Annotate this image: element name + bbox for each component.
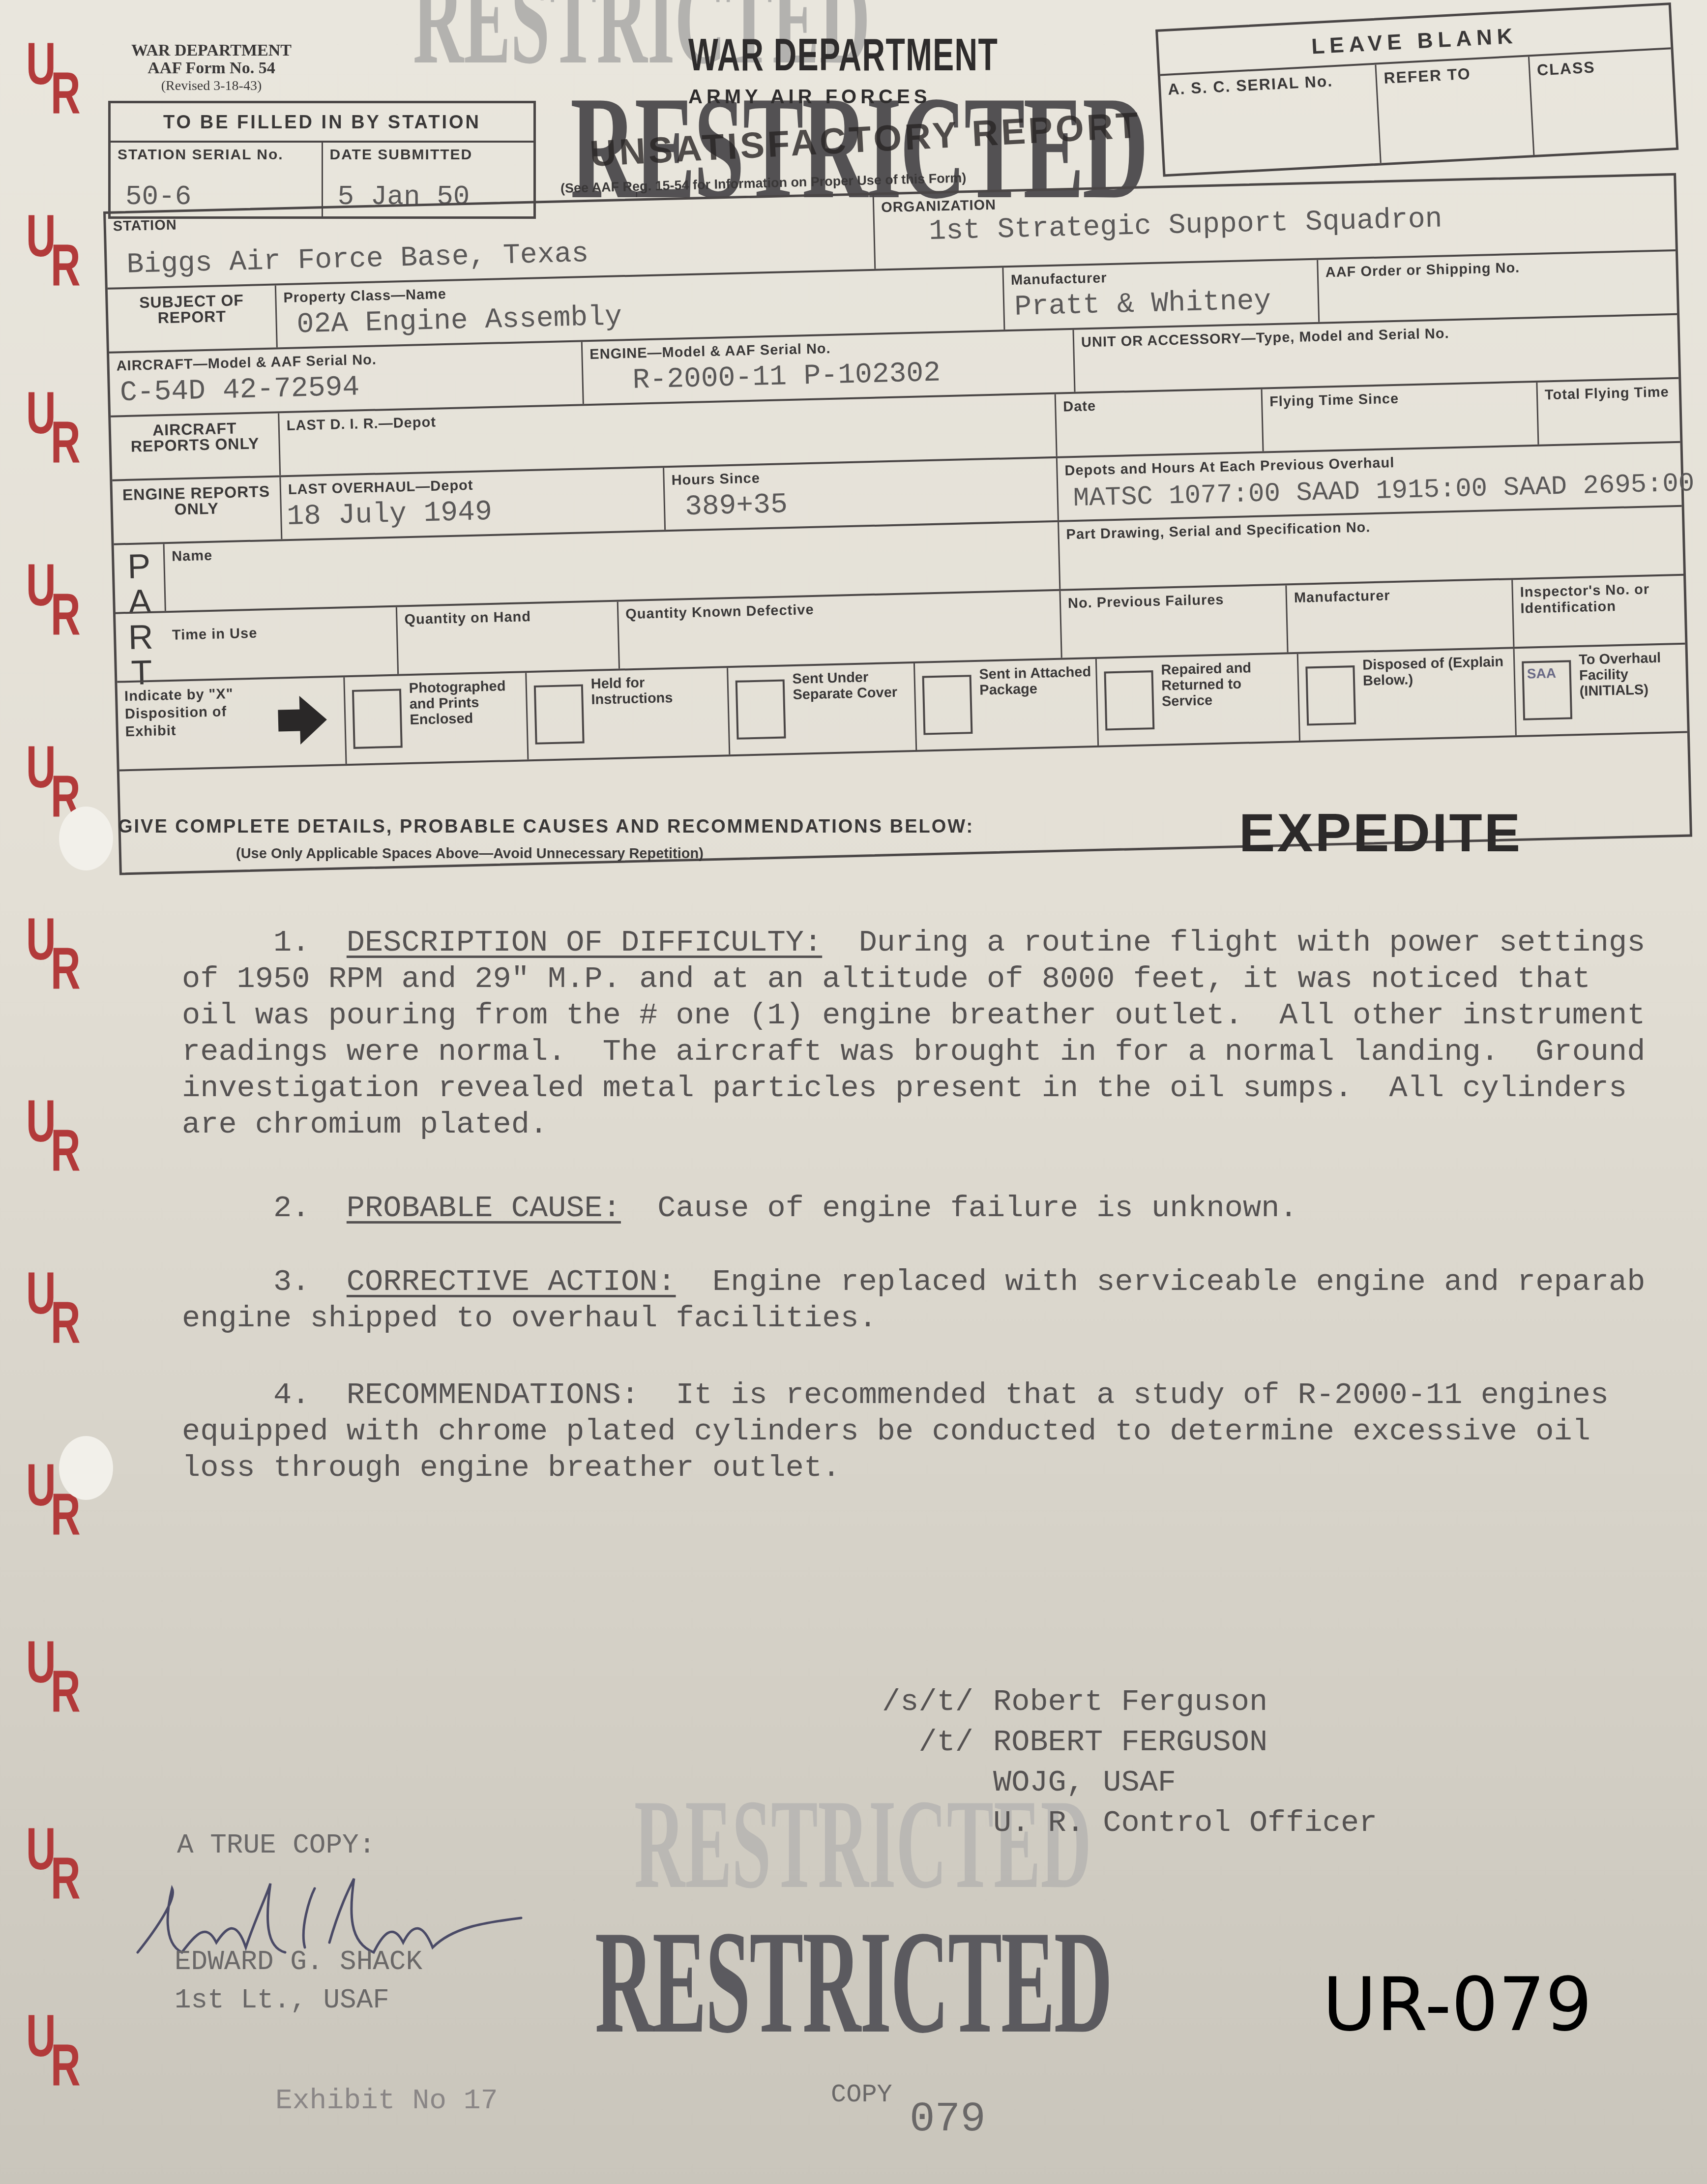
ur-letter-r: R xyxy=(51,236,81,295)
time-in-use-field[interactable]: Time in Use xyxy=(165,607,397,680)
narrative-item-text: It is recommended that a study of R-2000… xyxy=(639,1377,1609,1412)
order-number-label: AAF Order or Shipping No. xyxy=(1325,256,1669,281)
disposition-option-label: Repaired and Returned to Service xyxy=(1161,659,1295,710)
instructions-heading: GIVE COMPLETE DETAILS, PROBABLE CAUSES A… xyxy=(118,816,974,838)
form-identifier: WAR DEPARTMENT AAF Form No. 54 (Revised … xyxy=(93,42,329,95)
qty-defective-label: Quantity Known Defective xyxy=(625,596,1053,623)
manufacturer-value: Pratt & Whitney xyxy=(1014,285,1272,324)
refer-to-label: REFER TO xyxy=(1383,65,1472,87)
disposition-checkbox[interactable] xyxy=(534,684,585,744)
copy-number: 079 xyxy=(910,2095,986,2143)
hours-since-label: Hours Since xyxy=(671,463,1050,489)
form-revision: (Revised 3-18-43) xyxy=(93,77,329,95)
leave-blank-box: LEAVE BLANK A. S. C. SERIAL No. REFER TO… xyxy=(1155,2,1678,177)
narrative-item-heading: DESCRIPTION OF DIFFICULTY: xyxy=(347,925,822,960)
army-air-forces-subtitle: ARMY AIR FORCES xyxy=(688,86,931,108)
aircraft-reports-side-text: AIRCRAFT REPORTS ONLY xyxy=(130,419,259,455)
station-serial-field[interactable]: STATION SERIAL No. 50-6 xyxy=(111,143,322,216)
qty-on-hand-label: Quantity on Hand xyxy=(404,607,611,628)
order-number-field[interactable]: AAF Order or Shipping No. xyxy=(1317,251,1677,322)
true-copy-label: A TRUE COPY: xyxy=(177,1829,375,1861)
narrative-item: 3. CORRECTIVE ACTION: Engine replaced wi… xyxy=(182,1264,1646,1337)
disposition-option[interactable]: Photographed and Prints Enclosed xyxy=(343,673,527,764)
ur-margin-mark: UR xyxy=(20,2006,98,2105)
narrative-item-text: During a routine flight with power setti… xyxy=(822,925,1645,960)
true-copy-name: EDWARD G. SHACK xyxy=(175,1943,422,1981)
ur-margin-mark: UR xyxy=(20,207,98,305)
disposition-option[interactable]: Sent Under Separate Cover xyxy=(727,663,915,754)
punch-hole xyxy=(59,807,113,870)
instructions-subheading: (Use Only Applicable Spaces Above—Avoid … xyxy=(236,846,704,862)
disposition-checkbox[interactable] xyxy=(352,688,403,748)
disposition-option-label: To Overhaul Facility (INITIALS) xyxy=(1579,650,1688,699)
disposition-option[interactable]: Repaired and Returned to Service xyxy=(1095,654,1299,746)
ur-margin-mark: UR xyxy=(20,910,98,1008)
date-submitted-label: DATE SUBMITTED xyxy=(330,147,527,163)
narrative-item-text: of 1950 RPM and 29" M.P. and at an altit… xyxy=(182,961,1646,997)
disposition-checkbox[interactable] xyxy=(922,675,973,735)
narrative-item-heading: PROBABLE CAUSE: xyxy=(347,1191,621,1226)
disposition-option-label: Sent in Attached Package xyxy=(979,664,1092,698)
total-flying-time-field[interactable]: Total Flying Time xyxy=(1536,379,1680,445)
typed-prefix: /t/ xyxy=(865,1722,993,1763)
previous-failures-field[interactable]: No. Previous Failures xyxy=(1059,585,1287,658)
manufacturer-field[interactable]: Manufacturer Pratt & Whitney xyxy=(1002,260,1318,330)
refer-to-field: REFER TO xyxy=(1375,57,1533,163)
engine-reports-side-text: ENGINE REPORTS ONLY xyxy=(122,482,270,518)
inspector-label: Inspector's No. or Identification xyxy=(1520,581,1678,617)
class-label: CLASS xyxy=(1536,58,1595,79)
narrative-item-text: engine shipped to overhaul facilities. xyxy=(182,1300,1646,1337)
disposition-checkbox[interactable] xyxy=(1104,670,1154,730)
narrative-item: 4. RECOMMENDATIONS: It is recommended th… xyxy=(182,1377,1609,1486)
narrative-item: 1. DESCRIPTION OF DIFFICULTY: During a r… xyxy=(182,925,1646,1143)
signer-rank: WOJG, USAF xyxy=(993,1763,1176,1803)
exhibit-number: Exhibit No 17 xyxy=(275,2085,498,2117)
ur-letter-r: R xyxy=(51,1121,81,1180)
ur-margin-mark: UR xyxy=(20,34,98,133)
ur-letter-r: R xyxy=(51,2036,81,2095)
disposition-checkbox[interactable] xyxy=(736,679,786,739)
engine-value: R-2000-11 P-102302 xyxy=(632,357,941,396)
narrative-item-text: investigation revealed metal particles p… xyxy=(182,1070,1646,1107)
engine-label: ENGINE—Model & AAF Serial No. xyxy=(589,335,1066,363)
flying-time-since-label: Flying Time Since xyxy=(1269,388,1530,410)
qty-defective-field[interactable]: Quantity Known Defective xyxy=(617,591,1061,669)
aircraft-field[interactable]: AIRCRAFT—Model & AAF Serial No. C-54D 42… xyxy=(109,342,583,415)
disposition-checkbox[interactable] xyxy=(1305,665,1356,725)
ur-margin-mark: UR xyxy=(20,556,98,654)
ur-margin-marks: URURURURURURURURURURURUR xyxy=(20,0,98,2184)
dir-date-field[interactable]: Date xyxy=(1055,389,1263,456)
class-field: CLASS xyxy=(1528,49,1676,155)
disposition-option[interactable]: SAATo Overhaul Facility (INITIALS) xyxy=(1513,644,1692,735)
last-overhaul-label: LAST OVERHAUL—Depot xyxy=(288,473,657,498)
narrative-item-heading: CORRECTIVE ACTION: xyxy=(347,1264,676,1299)
disposition-option[interactable]: Held for Instructions xyxy=(525,668,729,759)
disposition-option-label: Photographed and Prints Enclosed xyxy=(409,678,523,728)
signer-name: Robert Ferguson xyxy=(993,1682,1267,1722)
property-class-value: 02A Engine Assembly xyxy=(296,301,622,341)
narrative-item-number: 4. xyxy=(182,1377,347,1412)
restricted-stamp-bottom: RESTRICTED xyxy=(595,1908,1112,2056)
narrative-item-text: are chromium plated. xyxy=(182,1107,1646,1143)
ur-letter-r: R xyxy=(51,1662,81,1721)
aircraft-reports-side-label: AIRCRAFT REPORTS ONLY xyxy=(111,413,279,479)
disposition-option-label: Held for Instructions xyxy=(590,673,724,708)
aircraft-value: C-54D 42-72594 xyxy=(119,371,360,409)
part-manufacturer-label: Manufacturer xyxy=(1294,585,1505,606)
true-copy-rank: 1st Lt., USAF xyxy=(175,1981,422,2019)
signer-title: U. R. Control Officer xyxy=(993,1803,1377,1843)
engine-reports-side-label: ENGINE REPORTS ONLY xyxy=(112,477,281,543)
narrative-item-text: readings were normal. The aircraft was b… xyxy=(182,1034,1646,1070)
station-serial-value: 50-6 xyxy=(125,181,191,212)
signed-typed-prefix: /s/t/ xyxy=(865,1682,993,1722)
part-manufacturer-field[interactable]: Manufacturer xyxy=(1285,580,1513,652)
hours-since-field[interactable]: Hours Since 389+35 xyxy=(663,458,1058,530)
flying-time-since-field[interactable]: Flying Time Since xyxy=(1261,383,1538,451)
signer-name-caps: ROBERT FERGUSON xyxy=(993,1722,1267,1763)
time-in-use-label: Time in Use xyxy=(172,622,390,644)
form-number: AAF Form No. 54 xyxy=(93,60,329,77)
ur-margin-mark: UR xyxy=(20,384,98,482)
narrative-item-heading: RECOMMENDATIONS: xyxy=(347,1377,639,1412)
engine-field[interactable]: ENGINE—Model & AAF Serial No. R-2000-11 … xyxy=(581,330,1074,404)
ur-margin-mark: UR xyxy=(20,1633,98,1731)
ur-letter-r: R xyxy=(51,1293,81,1352)
narrative-item-text: Cause of engine failure is unknown. xyxy=(621,1191,1298,1226)
inspector-field[interactable]: Inspector's No. or Identification xyxy=(1511,576,1685,647)
previous-failures-label: No. Previous Failures xyxy=(1068,591,1279,612)
form-grid: STATION Biggs Air Force Base, Texas ORGA… xyxy=(103,173,1692,875)
station-box: TO BE FILLED IN BY STATION STATION SERIA… xyxy=(108,101,536,219)
subject-side-text: SUBJECT OF REPORT xyxy=(139,291,244,327)
disposition-label-cell: Indicate by "X" Disposition of Exhibit xyxy=(117,677,345,769)
disposition-option-label: Sent Under Separate Cover xyxy=(792,668,911,703)
asc-serial-field: A. S. C. SERIAL No. xyxy=(1160,65,1380,175)
narrative-item-text: Engine replaced with serviceable engine … xyxy=(676,1264,1646,1299)
asc-serial-label: A. S. C. SERIAL No. xyxy=(1167,72,1333,98)
ur-letter-r: R xyxy=(51,64,81,123)
document-id-label: UR-079 xyxy=(1323,1962,1592,2048)
department-title: WAR DEPARTMENT xyxy=(688,30,998,81)
narrative-item-number: 3. xyxy=(182,1264,347,1299)
ur-letter-r: R xyxy=(51,1849,81,1908)
signature-block: /s/t/Robert Ferguson /t/ROBERT FERGUSON … xyxy=(865,1682,1377,1843)
aircraft-label: AIRCRAFT—Model & AAF Serial No. xyxy=(116,347,575,375)
ur-letter-r: R xyxy=(51,585,81,644)
disposition-option[interactable]: Sent in Attached Package xyxy=(913,659,1097,750)
form-department: WAR DEPARTMENT xyxy=(93,42,329,60)
last-overhaul-value: 18 July 1949 xyxy=(287,496,493,533)
narrative-item-number: 1. xyxy=(182,925,347,960)
punch-hole xyxy=(59,1436,113,1500)
hours-since-value: 389+35 xyxy=(684,489,788,523)
narrative-item-text: oil was pouring from the # one (1) engin… xyxy=(182,997,1646,1034)
narrative-item-number: 2. xyxy=(182,1191,347,1226)
true-copy-signer: EDWARD G. SHACK 1st Lt., USAF xyxy=(175,1943,422,2019)
ur-margin-mark: UR xyxy=(20,1820,98,1918)
station-serial-label: STATION SERIAL No. xyxy=(118,147,315,163)
arrow-right-icon xyxy=(275,692,330,748)
dir-date-label: Date xyxy=(1063,394,1255,415)
ur-margin-mark: UR xyxy=(20,1092,98,1190)
last-overhaul-field[interactable]: LAST OVERHAUL—Depot 18 July 1949 xyxy=(279,468,664,539)
ur-letter-r: R xyxy=(51,413,81,472)
subject-side-label: SUBJECT OF REPORT xyxy=(108,286,276,352)
disposition-option[interactable]: Disposed of (Explain Below.) xyxy=(1297,649,1515,741)
narrative-item-text: loss through engine breather outlet. xyxy=(182,1450,1609,1486)
station-value: Biggs Air Force Base, Texas xyxy=(126,238,589,281)
expedite-stamp: EXPEDITE xyxy=(1239,802,1522,864)
disposition-label: Indicate by "X" Disposition of Exhibit xyxy=(124,685,254,741)
qty-on-hand-field[interactable]: Quantity on Hand xyxy=(396,602,618,674)
total-flying-time-label: Total Flying Time xyxy=(1545,384,1673,403)
ur-margin-mark: UR xyxy=(20,1264,98,1362)
ur-letter-r: R xyxy=(51,939,81,998)
disposition-checkbox[interactable]: SAA xyxy=(1522,660,1572,720)
copy-label: COPY xyxy=(831,2080,892,2109)
narrative-item-text: equipped with chrome plated cylinders be… xyxy=(182,1413,1609,1450)
disposition-option-label: Disposed of (Explain Below.) xyxy=(1362,654,1510,688)
narrative-item: 2. PROBABLE CAUSE: Cause of engine failu… xyxy=(182,1190,1298,1227)
station-box-title: TO BE FILLED IN BY STATION xyxy=(111,103,533,143)
